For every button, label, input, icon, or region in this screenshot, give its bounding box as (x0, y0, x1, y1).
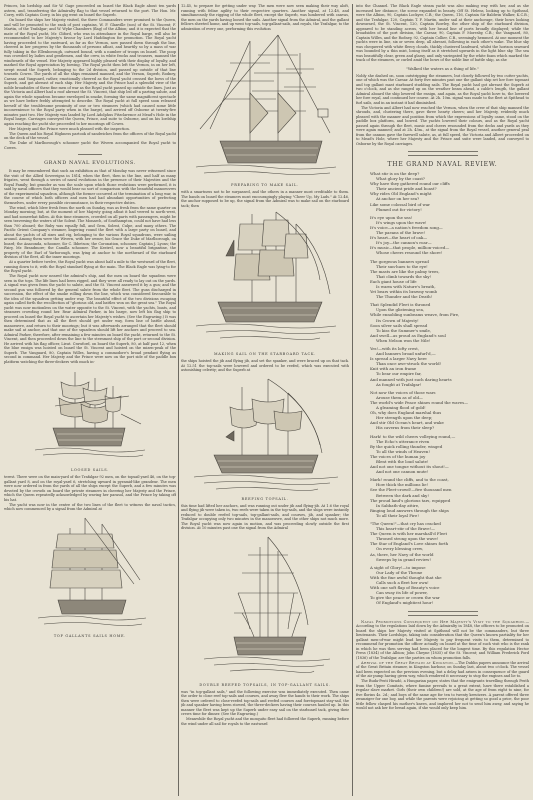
paragraph-quarter: At a quarter before twelve, the Royal ya… (4, 260, 176, 274)
paragraph-promotions: On board the ships her Majesty visited, … (4, 18, 176, 126)
ship-reefing-topsail-icon (190, 375, 340, 495)
poem-line: His caverns from their sleep? (370, 425, 529, 430)
illustration-double-reefed-topsails (190, 533, 340, 681)
promotions-title: Naval Promotions Consequent on Her Majes… (361, 620, 525, 624)
poem-line: When Nelson won the Nile! (370, 338, 529, 343)
column-divider (352, 4, 353, 796)
paragraph-smartness: with a smartness not to be surpassed, an… (181, 190, 349, 208)
caption-reefing-topsail: REEFING TOPSAIL. (181, 497, 349, 501)
paragraph-channel: into the Channel. The Black Eagle steam … (356, 4, 529, 63)
poem-stanza: "The Queen!"—that cry has crackedThis he… (370, 521, 529, 562)
poem-stanza: It's eye upon the sea!It's wings upon th… (370, 215, 529, 256)
poem-line: Of England's mightiest hour! (370, 600, 529, 605)
caption-double-reefed-topsails: DOUBLE REEFED TOPSAILS, IN TOP-GALLANT S… (181, 683, 349, 687)
column-divider (178, 4, 179, 796)
paragraph-hoisted: the ships hoisted the jib and flying jib… (181, 359, 349, 373)
section-heading-evolutions: GRAND NAVAL EVOLUTIONS. (4, 160, 176, 166)
paragraph-pleased: Her Majesty and the Prince were much ple… (4, 127, 176, 132)
paragraph-yacht-centre: The yacht was now in the centre of the t… (4, 503, 176, 512)
paragraph-hungary: The Buda-Pesti Hiradó, a Hungarian paper… (356, 679, 529, 711)
paragraph-nobly: Nobly she dashed on, soon outstripping t… (356, 74, 529, 106)
poem-line: The Thunder and the Death! (370, 294, 529, 299)
poem-line: To all their loyal Fire! (370, 513, 529, 518)
divider (78, 154, 102, 155)
poem-stanza: What stir is on the deep?What glory by t… (370, 171, 529, 212)
newspaper-page: Princes, his lordship and Sir W. Gage pr… (0, 0, 533, 800)
paragraph-lifted: this time had lifted her anchors, and wa… (181, 504, 349, 531)
poem-grand-naval-review: What stir is on the deep?What glory by t… (370, 171, 529, 606)
poem-stanza: A sight of Glory!—to imposeOur Lady of t… (370, 565, 529, 606)
poem-stanza: Mark! round the cliffs, and to the coast… (370, 477, 529, 518)
illustration-reefing-topsail (190, 375, 340, 495)
poem-stanza: That Splendid Fleet is thronedUpon the g… (370, 302, 529, 343)
paragraph-intro: Princes, his lordship and Sir W. Gage pr… (4, 4, 176, 18)
ship-starboard-tack-icon (190, 210, 340, 350)
poem-stanza: Hark! to the wild cheers volleying round… (370, 434, 529, 475)
illustration-starboard-tack (190, 210, 340, 350)
poem-title: THE GRAND NAVAL REVIEW. (356, 161, 529, 168)
paragraph-duke: The Duke of Marlborough's schooner yacht… (4, 141, 176, 150)
ship-top-gallants-icon (30, 514, 150, 632)
paragraph-evolutions: It may be remembered that such an exhibi… (4, 169, 176, 205)
illustration-preparing-to-make-sail (190, 33, 340, 181)
poem-line: Plumed out for victory! (370, 207, 529, 212)
ship-preparing-sail-icon (190, 33, 340, 181)
poem-stanza: The gorgeous banners spreadTheir sun-hue… (370, 259, 529, 300)
paragraph-double: was "in top-gallant sails," and the foll… (181, 690, 349, 717)
illustration-loosed-sails (25, 366, 155, 466)
paragraph-neared: The Royal yacht now neared the admiral's… (4, 274, 176, 364)
column-1: Princes, his lordship and Sir W. Gage pr… (4, 4, 176, 796)
divider (408, 151, 478, 156)
caption-top-gallants-home: TOP GALLANTS SAILS HOME. (4, 634, 176, 638)
caption-preparing-to-make-sail: PREPARING TO MAKE SAIL. (181, 183, 349, 187)
poem-line: Whose cheers resound the shore! (370, 250, 529, 255)
poem-stanza: Yes!—with its lofty crest,And banners br… (370, 346, 529, 387)
ship-double-reefed-icon (190, 533, 340, 681)
poem-stanza: Not now the voices of those warsArouse t… (370, 390, 529, 431)
column-3: into the Channel. The Black Eagle steam … (356, 4, 529, 796)
column-2: 12.45, to prepare for getting under way.… (181, 4, 349, 796)
caption-loosed-sails: LOOSED SAILS. (4, 468, 176, 472)
divider (408, 611, 478, 616)
epigraph-quote: "Walked the waters as a thing of life." (356, 66, 529, 71)
paragraph-prepare: 12.45, to prepare for getting under way.… (181, 4, 349, 31)
poem-line: And not one cannon mute! (370, 469, 529, 474)
paragraph-sandwiches: The Queen and his Royal Highness partook… (4, 132, 176, 141)
paragraph-victoria: The Victoria and Albert had now reached … (356, 106, 529, 147)
paragraph-terest: terest. There were on the main-yard of t… (4, 475, 176, 502)
ship-loosed-sails-icon (25, 366, 155, 466)
caption-starboard-tack: MAKING SAIL ON THE STARBOARD TACK. (181, 352, 349, 356)
promotions-body: —According to the regulations laid down … (356, 620, 529, 660)
illustration-top-gallants-home (30, 514, 150, 632)
paragraph-wind: The wind, which blew fresh from the nort… (4, 206, 176, 260)
arrival-title: Arrival of the Great Britain at Kingston… (361, 661, 454, 665)
poem-line: As fought at Trafalgar! (370, 382, 529, 387)
paragraph-meanwhile: Meanwhile the Royal yacht and the mosqui… (181, 717, 349, 726)
poem-line: Sweeps by in grand review! (370, 557, 529, 562)
